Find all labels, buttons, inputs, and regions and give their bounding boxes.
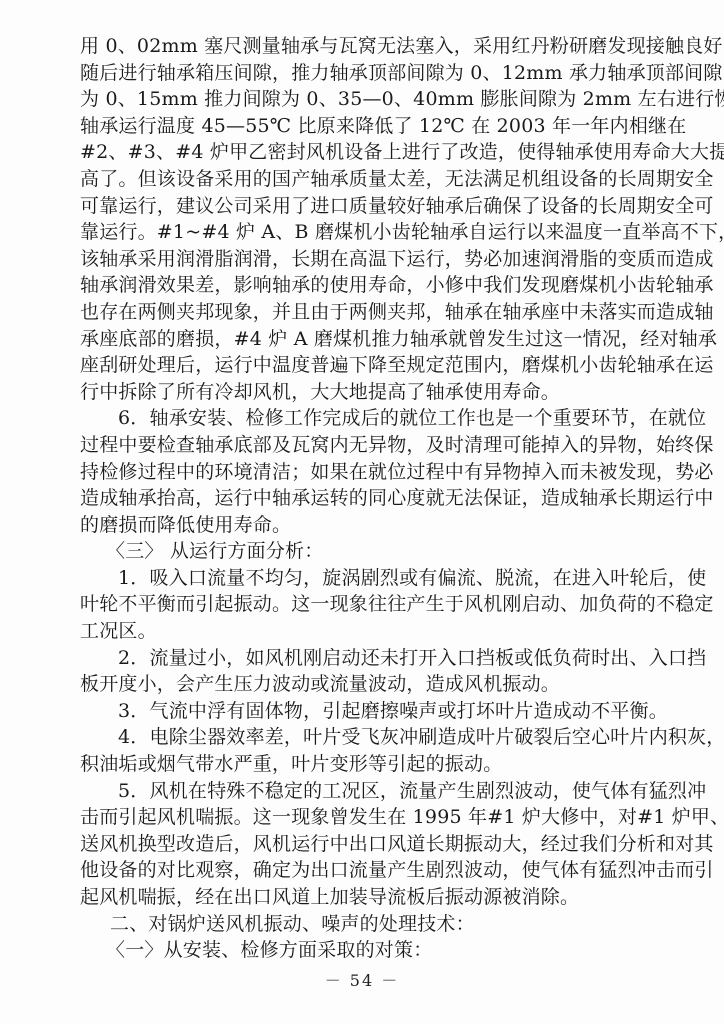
text-line: 造成轴承抬高，运行中轴承运转的同心度就无法保证，造成轴承长期运行中: [80, 485, 650, 512]
text-line: 积油垢或烟气带水严重，叶片变形等引起的振动。: [80, 751, 650, 778]
page-number: － 54 －: [0, 968, 724, 991]
paragraph-item-2: 2．流量过小，如风机刚启动还未打开入口挡板或低负荷时出、入口挡: [80, 645, 650, 672]
text-line: 随后进行轴承箱压间隙，推力轴承顶部间隙为 0、12mm 承力轴承顶部间隙: [80, 60, 650, 87]
text-line: 行中拆除了所有冷却风机，大大地提高了轴承使用寿命。: [80, 379, 650, 406]
text-line: 用 0、02mm 塞尺测量轴承与瓦窝无法塞入，采用红丹粉研磨发现接触良好，: [80, 33, 650, 60]
paragraph-item-6: 6．轴承安装、检修工作完成后的就位工作也是一个重要环节，在就位: [80, 405, 650, 432]
text-line: 他设备的对比观察，确定为出口流量产生剧烈波动，使气体有猛烈冲击而引: [80, 857, 650, 884]
text-line: 为 0、15mm 推力间隙为 0、35—0、40mm 膨胀间隙为 2mm 左右进…: [80, 86, 650, 113]
text-line: 该轴承采用润滑脂润滑，长期在高温下运行，势必加速润滑脂的变质而造成: [80, 246, 650, 273]
text-line: 叶轮不平衡而引起振动。这一现象往往产生于风机刚启动、加负荷的不稳定: [80, 591, 650, 618]
text-line: 击而引起风机喘振。这一现象曾发生在 1995 年#1 炉大修中，对#1 炉甲、乙: [80, 804, 650, 831]
text-line: 起风机喘振，经在出口风道上加装导流板后振动源被消除。: [80, 884, 650, 911]
text-line: 座刮研处理后，运行中温度普遍下降至规定范围内，磨煤机小齿轮轴承在运: [80, 352, 650, 379]
section-heading-2: 二、对锅炉送风机振动、噪声的处理技术：: [80, 911, 650, 938]
text-line: 过程中要检查轴承底部及瓦窝内无异物，及时清理可能掉入的异物，始终保: [80, 432, 650, 459]
text-line: 可靠运行，建议公司采用了进口质量较好轴承后确保了设备的长周期安全可: [80, 193, 650, 220]
paragraph-item-5: 5．风机在特殊不稳定的工况区，流量产生剧烈波动，使气体有猛烈冲: [80, 778, 650, 805]
text-line: 工况区。: [80, 618, 650, 645]
text-line: 轴承润滑效果差，影响轴承的使用寿命，小修中我们发现磨煤机小齿轮轴承: [80, 272, 650, 299]
subsection-heading-1: 〈一〉从安装、检修方面采取的对策：: [80, 937, 650, 964]
text-line: 的磨损而降低使用寿命。: [80, 512, 650, 539]
text-line: 高了。但该设备采用的国产轴承质量太差，无法满足机组设备的长周期安全: [80, 166, 650, 193]
text-line: #2、#3、#4 炉甲乙密封风机设备上进行了改造，使得轴承使用寿命大大提: [80, 139, 650, 166]
text-line: 持检修过程中的环境清洁；如果在就位过程中有异物掉入而未被发现，势必: [80, 459, 650, 486]
text-line: 轴承运行温度 45—55℃ 比原来降低了 12℃ 在 2003 年一年内相继在: [80, 113, 650, 140]
text-line: 也存在两侧夹邦现象，并且由于两侧夹邦，轴承在轴承座中未落实而造成轴: [80, 299, 650, 326]
text-line: 靠运行。#1~#4 炉 A、B 磨煤机小齿轮轴承自运行以来温度一直举高不下，: [80, 219, 650, 246]
text-line: 送风机换型改造后，风机运行中出口风道长期振动大，经过我们分析和对其: [80, 831, 650, 858]
body-text: 用 0、02mm 塞尺测量轴承与瓦窝无法塞入，采用红丹粉研磨发现接触良好， 随后…: [80, 33, 650, 964]
paragraph-item-3: 3．气流中浮有固体物，引起磨擦噪声或打坏叶片造成动不平衡。: [80, 698, 650, 725]
text-line: 板开度小，会产生压力波动或流量波动，造成风机振动。: [80, 671, 650, 698]
paragraph-item-1: 1．吸入口流量不均匀，旋涡剧烈或有偏流、脱流，在进入叶轮后，使: [80, 565, 650, 592]
document-page: 用 0、02mm 塞尺测量轴承与瓦窝无法塞入，采用红丹粉研磨发现接触良好， 随后…: [0, 0, 724, 1024]
text-line: 承座底部的磨损，#4 炉 A 磨煤机推力轴承就曾发生过这一情况，经对轴承: [80, 326, 650, 353]
paragraph-item-4: 4．电除尘器效率差，叶片受飞灰冲刷造成叶片破裂后空心叶片内积灰，: [80, 724, 650, 751]
section-heading-3: 〈三〉 从运行方面分析：: [80, 538, 650, 565]
